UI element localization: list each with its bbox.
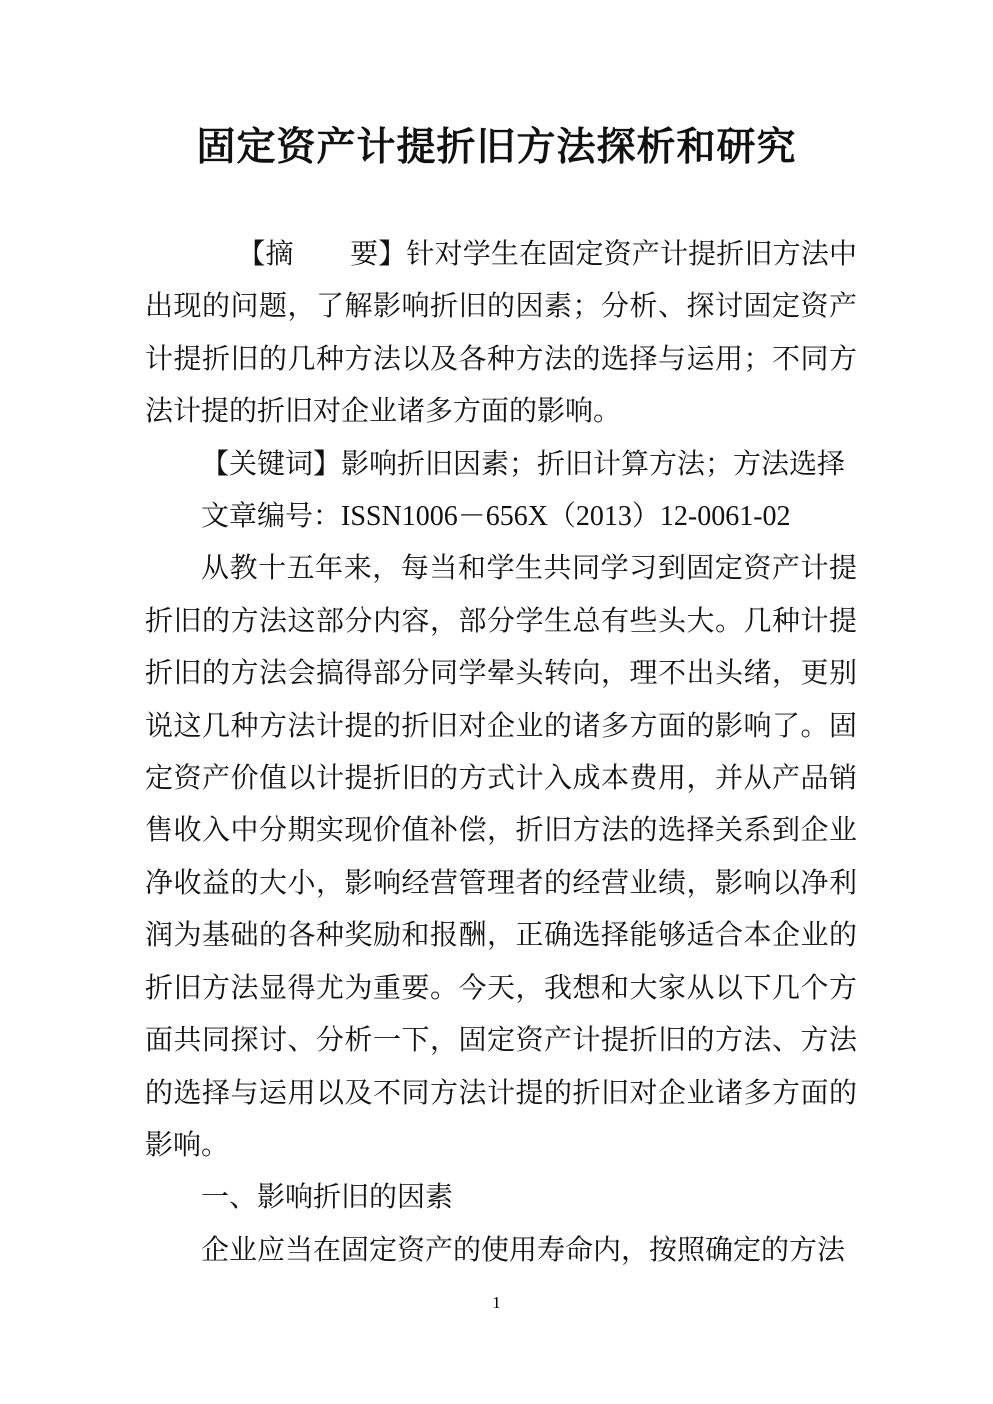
paragraph-heading: 一、影响折旧的因素 [145, 1172, 857, 1224]
paragraph-keywords: 【关键词】影响折旧因素；折旧计算方法；方法选择 [145, 439, 857, 491]
document-page: 固定资产计提折旧方法探析和研究 【摘 要】针对学生在固定资产计提折旧方法中出现的… [0, 0, 993, 1404]
paragraph-body: 从教十五年来，每当和学生共同学习到固定资产计提折旧的方法这部分内容，部分学生总有… [145, 543, 857, 1172]
paragraph-abstract: 【摘 要】针对学生在固定资产计提折旧方法中出现的问题，了解影响折旧的因素；分析、… [145, 229, 857, 439]
document-body: 【摘 要】针对学生在固定资产计提折旧方法中出现的问题，了解影响折旧的因素；分析、… [145, 229, 857, 1277]
document-title: 固定资产计提折旧方法探析和研究 [0, 124, 993, 173]
paragraph-body: 企业应当在固定资产的使用寿命内，按照确定的方法 [145, 1225, 857, 1277]
page-number: 1 [492, 1293, 501, 1312]
paragraph-meta: 文章编号：ISSN1006－656X（2013）12-0061-02 [145, 491, 857, 543]
page-footer: 1 [0, 1293, 993, 1313]
